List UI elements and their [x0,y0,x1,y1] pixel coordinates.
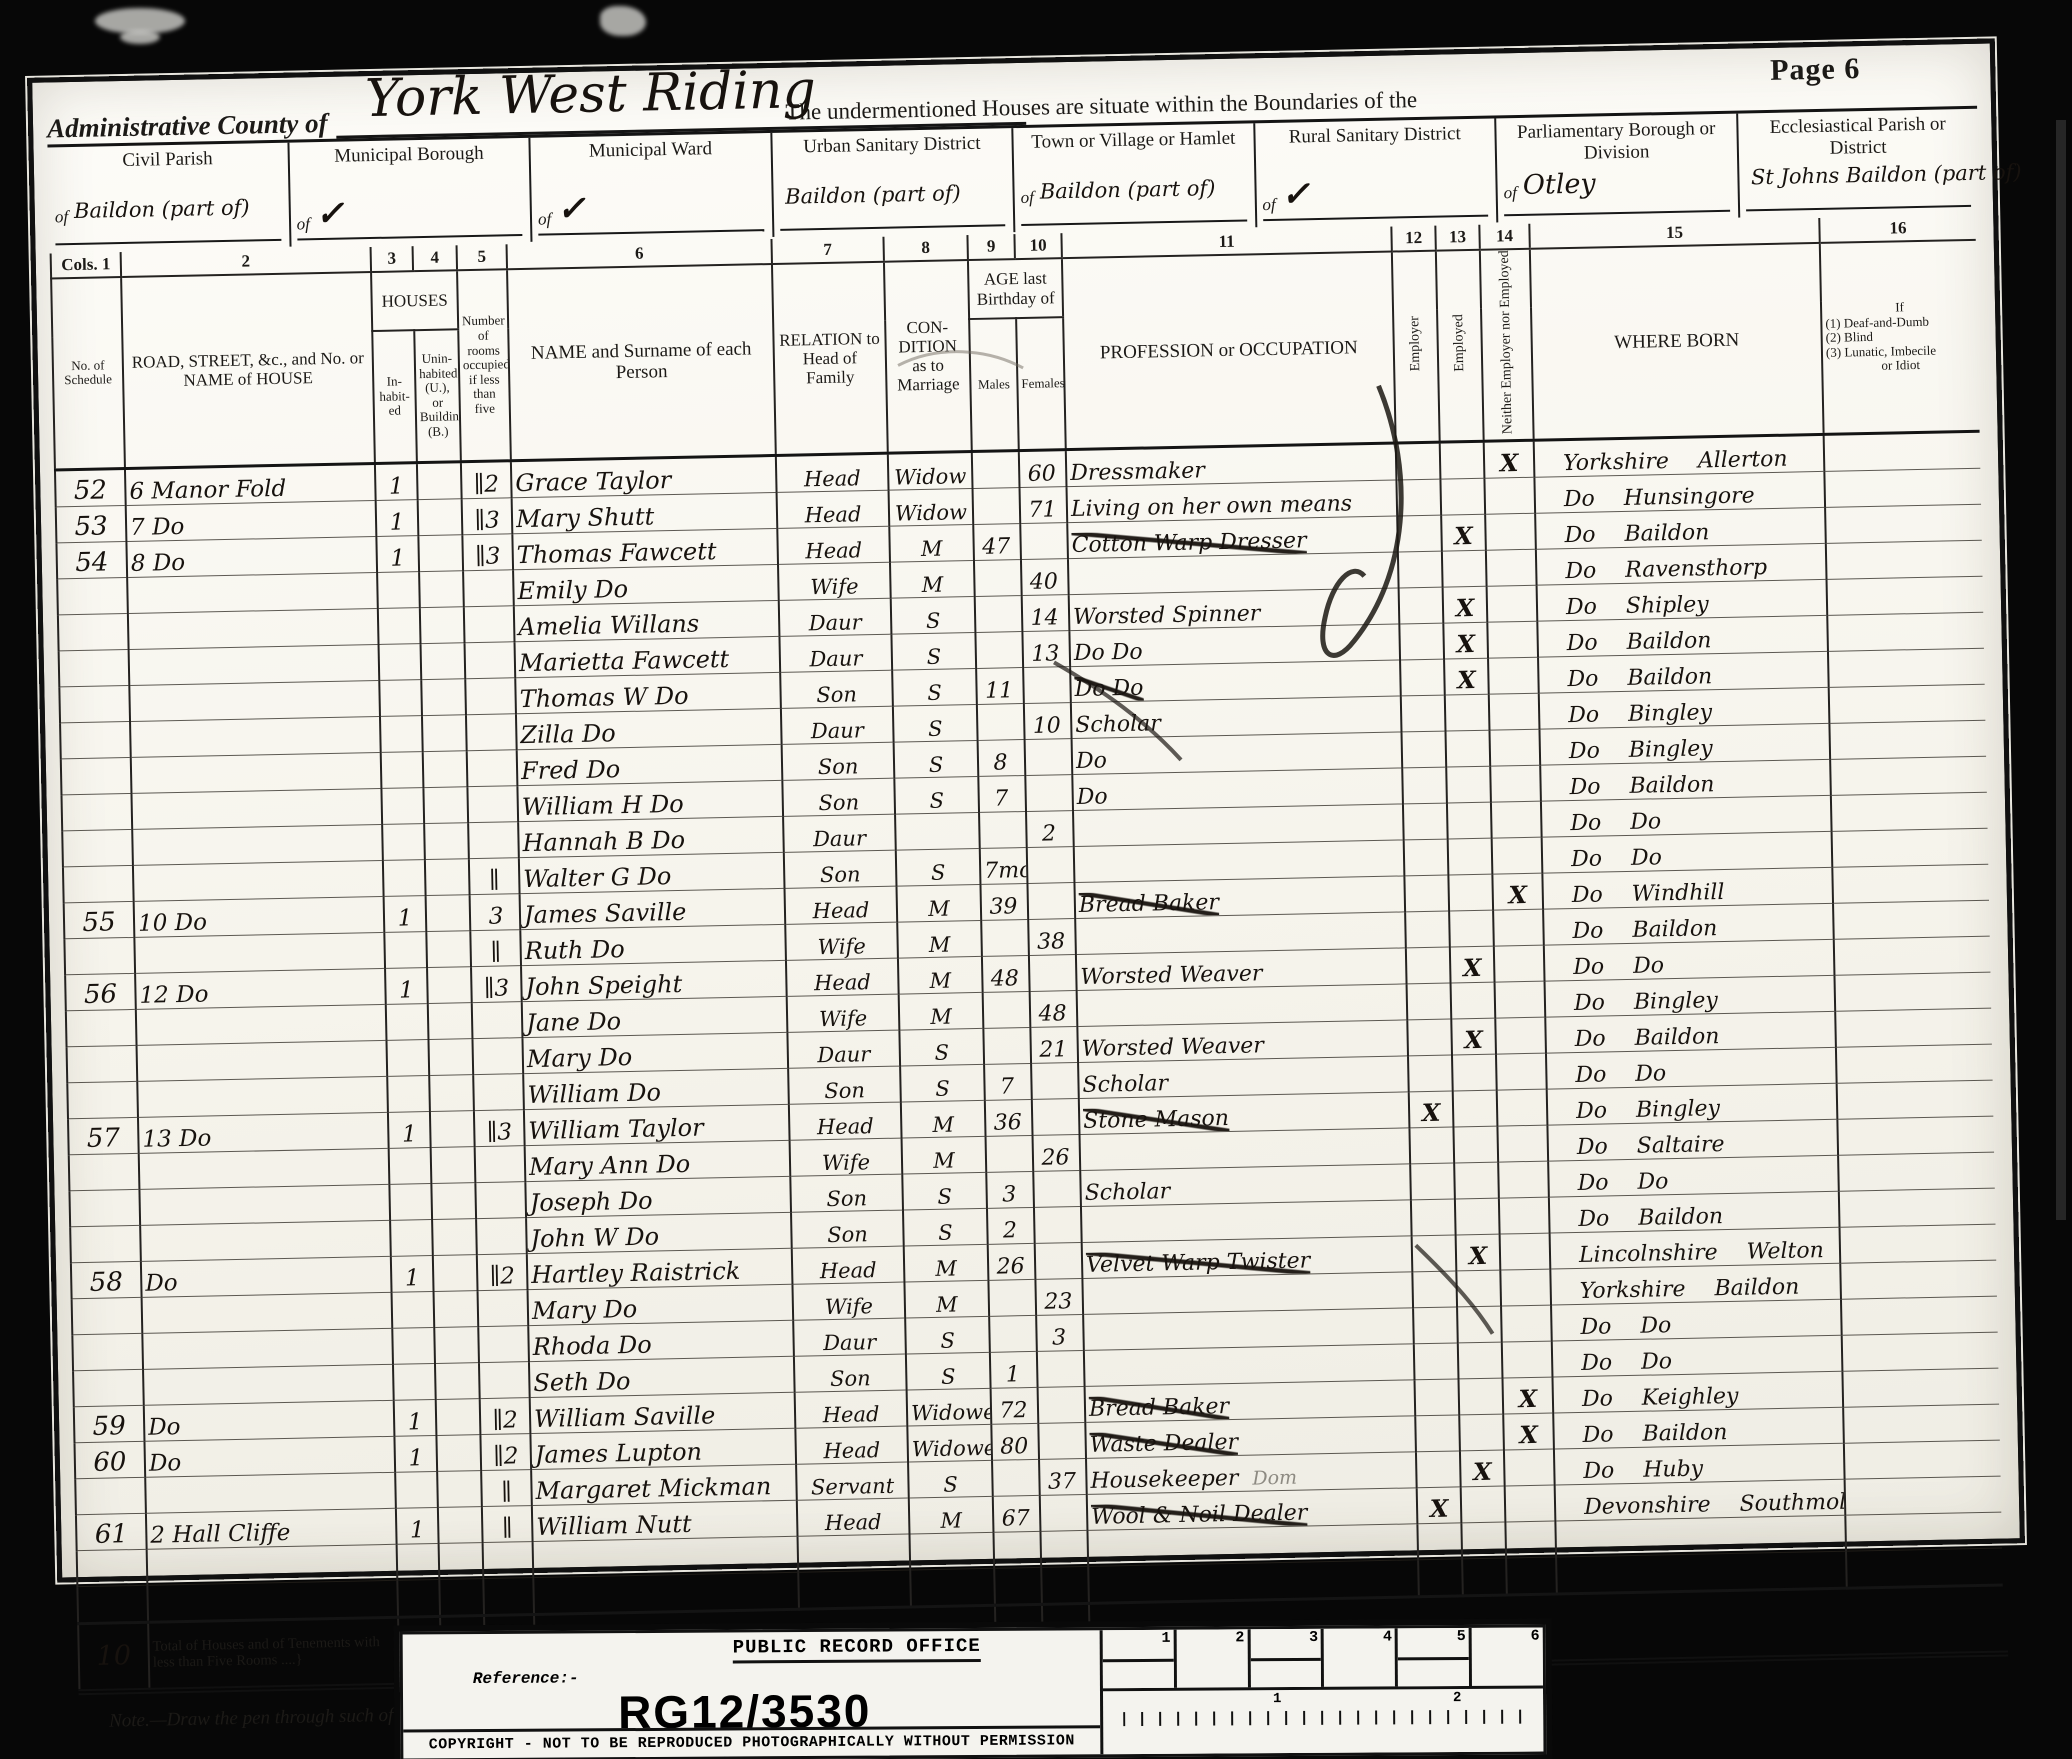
district-value: Baildon (part of) [785,181,961,209]
header-males: Males [969,318,1019,451]
infirmity-value [1834,972,1991,1011]
employed-mark [1440,478,1485,515]
uninhabited-mark [423,787,468,824]
stamp-left: PUBLIC RECORD OFFICE Reference:- RG12/35… [403,1630,1101,1758]
employed-mark [1459,1414,1504,1451]
age-female [1033,1170,1081,1207]
marital-condition: M [890,560,975,598]
road-name [147,1580,398,1622]
schedule-number [67,1081,138,1118]
district-value-line: St Johns Baildon (part of) [1745,165,1971,212]
rooms-cell [472,1037,523,1074]
age-male [986,1135,1034,1172]
age-female [1032,1098,1080,1135]
admin-county-value: York West Riding [365,60,817,129]
uninhabited-mark [425,859,470,896]
rooms-cell: ∥3 [462,498,513,535]
person-name: William Saville [530,1392,796,1433]
employer-mark [1412,1271,1457,1308]
header-infirmity: If (1) Deaf-and-Dumb (2) Blind (3) Lunat… [1820,240,1980,434]
ruler-cm: 1 2 [1123,1694,1533,1727]
inhabited-mark [387,1075,430,1112]
age-male [983,1027,1031,1064]
infirmity-4: or Idiot [1826,357,1975,375]
inhabited-mark: 1 [388,1111,431,1148]
household-tally-mark [487,580,488,606]
header-road: ROAD, STREET, &c., and No. or NAME of HO… [121,272,375,468]
infirmity-value [1832,864,1989,903]
relation: Daur [781,706,894,744]
where-born: Do Bingley [1545,975,1836,1017]
road-name [132,824,383,865]
road-name [143,1364,394,1405]
marital-condition: S [908,1460,993,1498]
infirmity-value [1827,612,1984,651]
age-male [988,1279,1036,1316]
schedule-number [61,793,132,830]
rooms-count [492,724,493,750]
inhabited-mark [383,859,426,896]
neither-mark [1495,981,1546,1018]
person-name: Hartley Raistrick [527,1248,793,1289]
person-name [533,1536,799,1577]
employer-mark [1415,1379,1460,1416]
employed-mark [1454,1162,1499,1199]
ruler-cell: 4 [1324,1628,1398,1686]
relation: Son [780,670,893,708]
schedule-number [60,721,131,758]
rooms-count: 3 [494,975,509,1001]
road-name [142,1328,393,1369]
marital-condition: M [897,920,982,958]
age-male [973,487,1021,524]
rooms-count [501,939,502,965]
where-born: Yorkshire Baildon [1550,1263,1841,1305]
marital-condition: Widower [907,1424,992,1462]
relation: Servant [796,1462,909,1500]
where-born: Do Huby [1554,1443,1845,1485]
uninhabited-mark [434,1290,479,1327]
district-box: Town or Village or Hamlet ofBaildon (par… [1013,123,1257,232]
ruler-cell: 3 [1250,1629,1324,1687]
road-name [145,1472,396,1513]
district-label: Rural Sanitary District [1261,123,1489,149]
uninhabited-mark [430,1110,475,1147]
relation: Head [786,958,899,996]
pro-stamp: PUBLIC RECORD OFFICE Reference:- RG12/35… [400,1625,1547,1759]
person-name: William Do [523,1068,789,1109]
col-num-3: 3 [371,246,413,272]
relation: Head [776,453,889,492]
employer-mark [1396,479,1441,516]
age-male: 48 [982,955,1030,992]
uninhabited-mark [418,499,463,536]
ruler-number: 2 [1235,1629,1244,1646]
inhabited-mark: 1 [394,1435,437,1472]
marital-condition: S [899,1028,984,1066]
occupation [1078,857,1079,882]
marital-condition: M [899,992,984,1030]
schedule-number [77,1585,148,1623]
relation: Daur [793,1318,906,1356]
where-born [1556,1551,1847,1594]
occupation: Dressmaker [1070,458,1205,486]
district-value: Baildon (part of) [74,195,250,223]
household-tally-mark [492,796,493,822]
household-tally-mark [497,1047,498,1073]
district-value: Baildon (part of) [1040,176,1216,204]
neither-mark [1497,1125,1548,1162]
household-tally-mark: ∥ [489,1264,498,1290]
employer-mark [1412,1235,1457,1272]
marital-condition: S [905,1316,990,1354]
household-tally-mark [488,616,489,642]
uninhabited-mark [428,1002,473,1039]
person-name: Emily Do [513,564,779,605]
road-name [129,644,380,685]
schedule-number: 60 [74,1441,145,1478]
age-female [1031,1062,1079,1099]
occupation-cell: Living on her own means [1067,480,1398,523]
person-name: Mary Do [522,1032,788,1073]
where-born: Do Baildon [1537,615,1828,657]
age-female: 26 [1033,1134,1081,1171]
occupation [1087,1289,1088,1314]
occupation: Housekeeper [1090,1466,1238,1494]
age-female: 40 [1021,558,1069,595]
uninhabited-mark [426,894,471,931]
rooms-cell: 3 [470,893,521,930]
marital-condition: M [889,524,974,562]
age-male: 26 [988,1243,1036,1280]
uninhabited-mark [436,1434,481,1471]
inhabited-mark [397,1543,440,1580]
rooms-cell [465,678,516,715]
household-tally-mark [507,1587,508,1613]
employed-mark [1456,1270,1501,1307]
person-name [533,1572,799,1614]
uninhabited-mark [435,1362,480,1399]
household-tally-mark: ∥ [501,1479,510,1505]
employer-mark [1418,1559,1463,1597]
district-label: Ecclesiastical Parish or District [1744,113,1972,161]
marital-condition: S [893,704,978,742]
header-employer-label: Employer [1408,316,1424,372]
relation: Son [784,850,897,888]
total-schedules: 10 [78,1622,149,1689]
uninhabited-mark [439,1578,484,1616]
uninhabited-mark [427,966,472,1003]
rooms-cell [478,1289,529,1326]
uninhabited-mark [431,1182,476,1219]
where-born: Do Keighley [1552,1371,1843,1413]
relation: Daur [783,814,896,852]
occupation: Bread Baker [1079,890,1220,918]
employer-mark [1400,659,1445,696]
relation: Son [791,1210,904,1248]
rooms-count [509,1551,510,1577]
district-value-line: ofBaildon (part of) [55,199,281,246]
age-male: 39 [980,883,1028,920]
district-value-line: ofBaildon (part of) [1020,179,1246,226]
schedule-number: 58 [71,1261,142,1298]
person-name: Fred Do [517,744,783,785]
of-word: of [1504,183,1518,202]
household-tally-mark: ∥ [486,1120,495,1146]
where-born: Do Do [1542,831,1833,873]
district-label: Municipal Borough [295,142,523,168]
occupation: Do [1076,784,1107,810]
where-born: Do Baildon [1553,1407,1844,1449]
stamp-ruler: 1 2 3 4 5 6 1 2 [1100,1628,1544,1755]
rooms-cell: ∥2 [461,461,512,499]
employer-mark [1404,839,1449,876]
neither-mark [1489,729,1540,766]
schedule-number [70,1225,141,1262]
marital-condition: S [906,1352,991,1390]
where-born: Do Do [1552,1335,1843,1377]
rooms-count [502,1227,503,1253]
household-tally-mark: ∥ [489,867,498,893]
neither-mark: X [1503,1413,1554,1450]
header-uninhabited: Unin-habited (U.), or Building (B.) [414,329,461,462]
neither-mark [1500,1269,1551,1306]
age-female [1038,1386,1086,1423]
rooms-count: 2 [500,1263,515,1289]
district-value-line: of✓ [1262,175,1488,222]
where-born: Do Bingley [1539,687,1830,729]
inhabited-mark [379,679,422,716]
relation: Head [777,526,890,564]
col-num-4: 4 [413,245,457,271]
marital-condition: S [894,740,979,778]
rooms-count [502,1191,503,1217]
occupation: Velvet Warp Twister [1086,1248,1311,1277]
road-name [139,1184,390,1225]
district-value: ✓ [315,194,344,235]
employed-mark [1445,730,1490,767]
where-born [1555,1515,1846,1557]
household-tally-mark: ∥ [475,544,484,570]
road-name: 10 Do [134,896,385,937]
employer-mark [1407,1019,1452,1056]
uninhabited-mark [429,1074,474,1111]
employed-mark: X [1443,586,1488,623]
inhabited-mark [389,1147,432,1184]
age-male: 67 [993,1495,1041,1532]
neither-mark [1500,1233,1551,1270]
marital-condition: S [902,1172,987,1210]
occupation: Stone Mason [1083,1106,1229,1134]
header-rooms: Number of rooms occupied if less than fi… [457,269,511,461]
ruler-inches: 1 2 3 4 5 6 [1103,1628,1543,1692]
inhabited-mark [378,607,421,644]
relation: Wife [778,562,891,600]
occupation [1092,1541,1093,1566]
of-word: of [55,207,69,226]
rooms-cell: ∥ [469,858,520,895]
header-condition: CON-DITION as to Marriage [884,260,972,453]
infirmity-value [1836,1044,1993,1083]
marital-condition: M [896,884,981,922]
road-name: 13 Do [138,1112,389,1153]
ruler-number: 6 [1531,1628,1540,1645]
occupation [1085,1217,1086,1242]
person-name: Rhoda Do [528,1320,794,1361]
uninhabited-mark [439,1542,484,1579]
household-tally-mark: ∥ [493,1443,502,1469]
inhabited-mark: 1 [396,1507,439,1544]
infirmity-value [1826,540,1983,579]
occupation: Cotton Warp Dresser [1071,528,1306,558]
age-male: 11 [976,667,1024,704]
household-tally-mark [500,1227,501,1253]
district-box: Rural Sanitary District of✓ [1255,118,1499,227]
age-male: 3 [986,1171,1034,1208]
occupation [1084,1145,1085,1170]
neither-mark [1495,1017,1546,1054]
inhabited-mark [392,1291,435,1328]
schedule-number [72,1297,143,1334]
rooms-count [504,1299,505,1325]
person-name: Walter G Do [519,852,785,893]
rooms-count [490,616,491,642]
employed-mark [1458,1378,1503,1415]
employer-mark [1399,587,1444,624]
header-employed: Employed [1436,250,1484,442]
relation: Son [788,1066,901,1104]
age-male [993,1531,1041,1568]
uninhabited-mark [424,823,469,860]
employed-mark [1458,1342,1503,1379]
age-male [989,1315,1037,1352]
employer-mark [1410,1163,1455,1200]
rooms-count [494,831,495,857]
district-value: St Johns Baildon (part of) [1751,160,2022,189]
schedule-number [72,1333,143,1370]
schedule-number [58,613,129,650]
rooms-cell [473,1073,524,1110]
neither-mark [1505,1521,1556,1558]
of-word: of [1262,195,1276,214]
relation: Wife [790,1138,903,1176]
uninhabited-mark [420,607,465,644]
employed-mark [1462,1558,1507,1596]
inhabited-mark [377,571,420,608]
occupation: Waste Dealer [1089,1430,1238,1458]
infirmity-value [1842,1368,1999,1407]
neither-mark [1488,657,1539,694]
person-name: Seth Do [529,1356,795,1397]
header-employed-label: Employed [1452,314,1468,372]
relation: Son [790,1174,903,1212]
rooms-count: 3 [488,903,503,929]
rooms-count: 3 [486,543,501,569]
infirmity-value [1835,1008,1992,1047]
header-neither-label: Neither Employer nor Employed [1498,250,1516,434]
infirmity-value [1830,756,1987,795]
schedule-number [63,865,134,902]
infirmity-value [1837,1116,1994,1155]
age-female [1025,738,1073,775]
uninhabited-mark [426,930,471,967]
col-num-5: 5 [457,244,507,270]
age-male [981,919,1029,956]
uninhabited-mark [433,1254,478,1291]
rooms-cell [472,1001,523,1038]
relation: Wife [785,922,898,960]
infirmity-value [1828,648,1985,687]
employed-mark [1453,1090,1498,1127]
age-female [1040,1494,1088,1531]
occupation [1079,929,1080,954]
employer-mark [1413,1307,1458,1344]
infirmity-value [1829,720,1986,759]
household-tally-mark [499,1155,500,1181]
person-name: Hannah B Do [518,816,784,857]
rooms-cell [475,1145,526,1182]
marital-condition: M [904,1244,989,1282]
employer-mark [1398,551,1443,588]
infirmity-value [1834,936,1991,975]
employer-mark [1401,731,1446,768]
age-female [1035,1242,1083,1279]
ruler-number: 1 [1161,1630,1170,1647]
marital-condition: S [894,776,979,814]
age-female: 10 [1024,702,1072,739]
infirmity-value [1824,431,1981,471]
inhabited-mark [390,1219,433,1256]
household-tally-mark: ∥ [502,1515,511,1541]
relation: Head [797,1498,910,1536]
neither-mark [1506,1557,1557,1595]
header-where-born: WHERE BORN [1530,243,1824,440]
rooms-count [512,1479,513,1505]
census-rows: 52 6 Manor Fold 1 ∥2 Grace Taylor Head W… [55,431,2003,1623]
occupation: Do Do [1074,639,1143,665]
where-born: Do Do [1544,939,1835,981]
age-female: 14 [1022,594,1070,631]
rooms-cell [466,714,517,751]
rooms-count: 3 [497,1119,512,1145]
occupation [1077,821,1078,846]
relation: Wife [787,994,900,1032]
where-born: Do Bingley [1547,1083,1838,1125]
rooms-count: 3 [485,507,500,533]
employer-mark: X [1417,1487,1462,1524]
where-born: Do Shipley [1537,579,1828,621]
where-born: Do Bingley [1539,723,1830,765]
neither-mark: X [1502,1377,1553,1414]
age-male: 7 [978,775,1026,812]
col-num-10: 10 [1014,233,1061,259]
uninhabited-mark [428,1038,473,1075]
inhabited-mark [393,1363,436,1400]
inhabited-mark: 1 [376,499,419,536]
schedule-number: 52 [55,468,126,506]
header-inhabited: In-habit-ed [372,330,417,463]
schedule-number: 54 [56,541,127,578]
header-employer: Employer [1392,251,1440,443]
employer-mark [1414,1343,1459,1380]
person-name: William H Do [517,780,783,821]
household-tally-mark [500,1191,501,1217]
inhabited-mark [382,823,425,860]
relation: Wife [792,1282,905,1320]
infirmity-value [1832,828,1989,867]
relation: Head [792,1246,905,1284]
marital-condition: Widower [907,1388,992,1426]
